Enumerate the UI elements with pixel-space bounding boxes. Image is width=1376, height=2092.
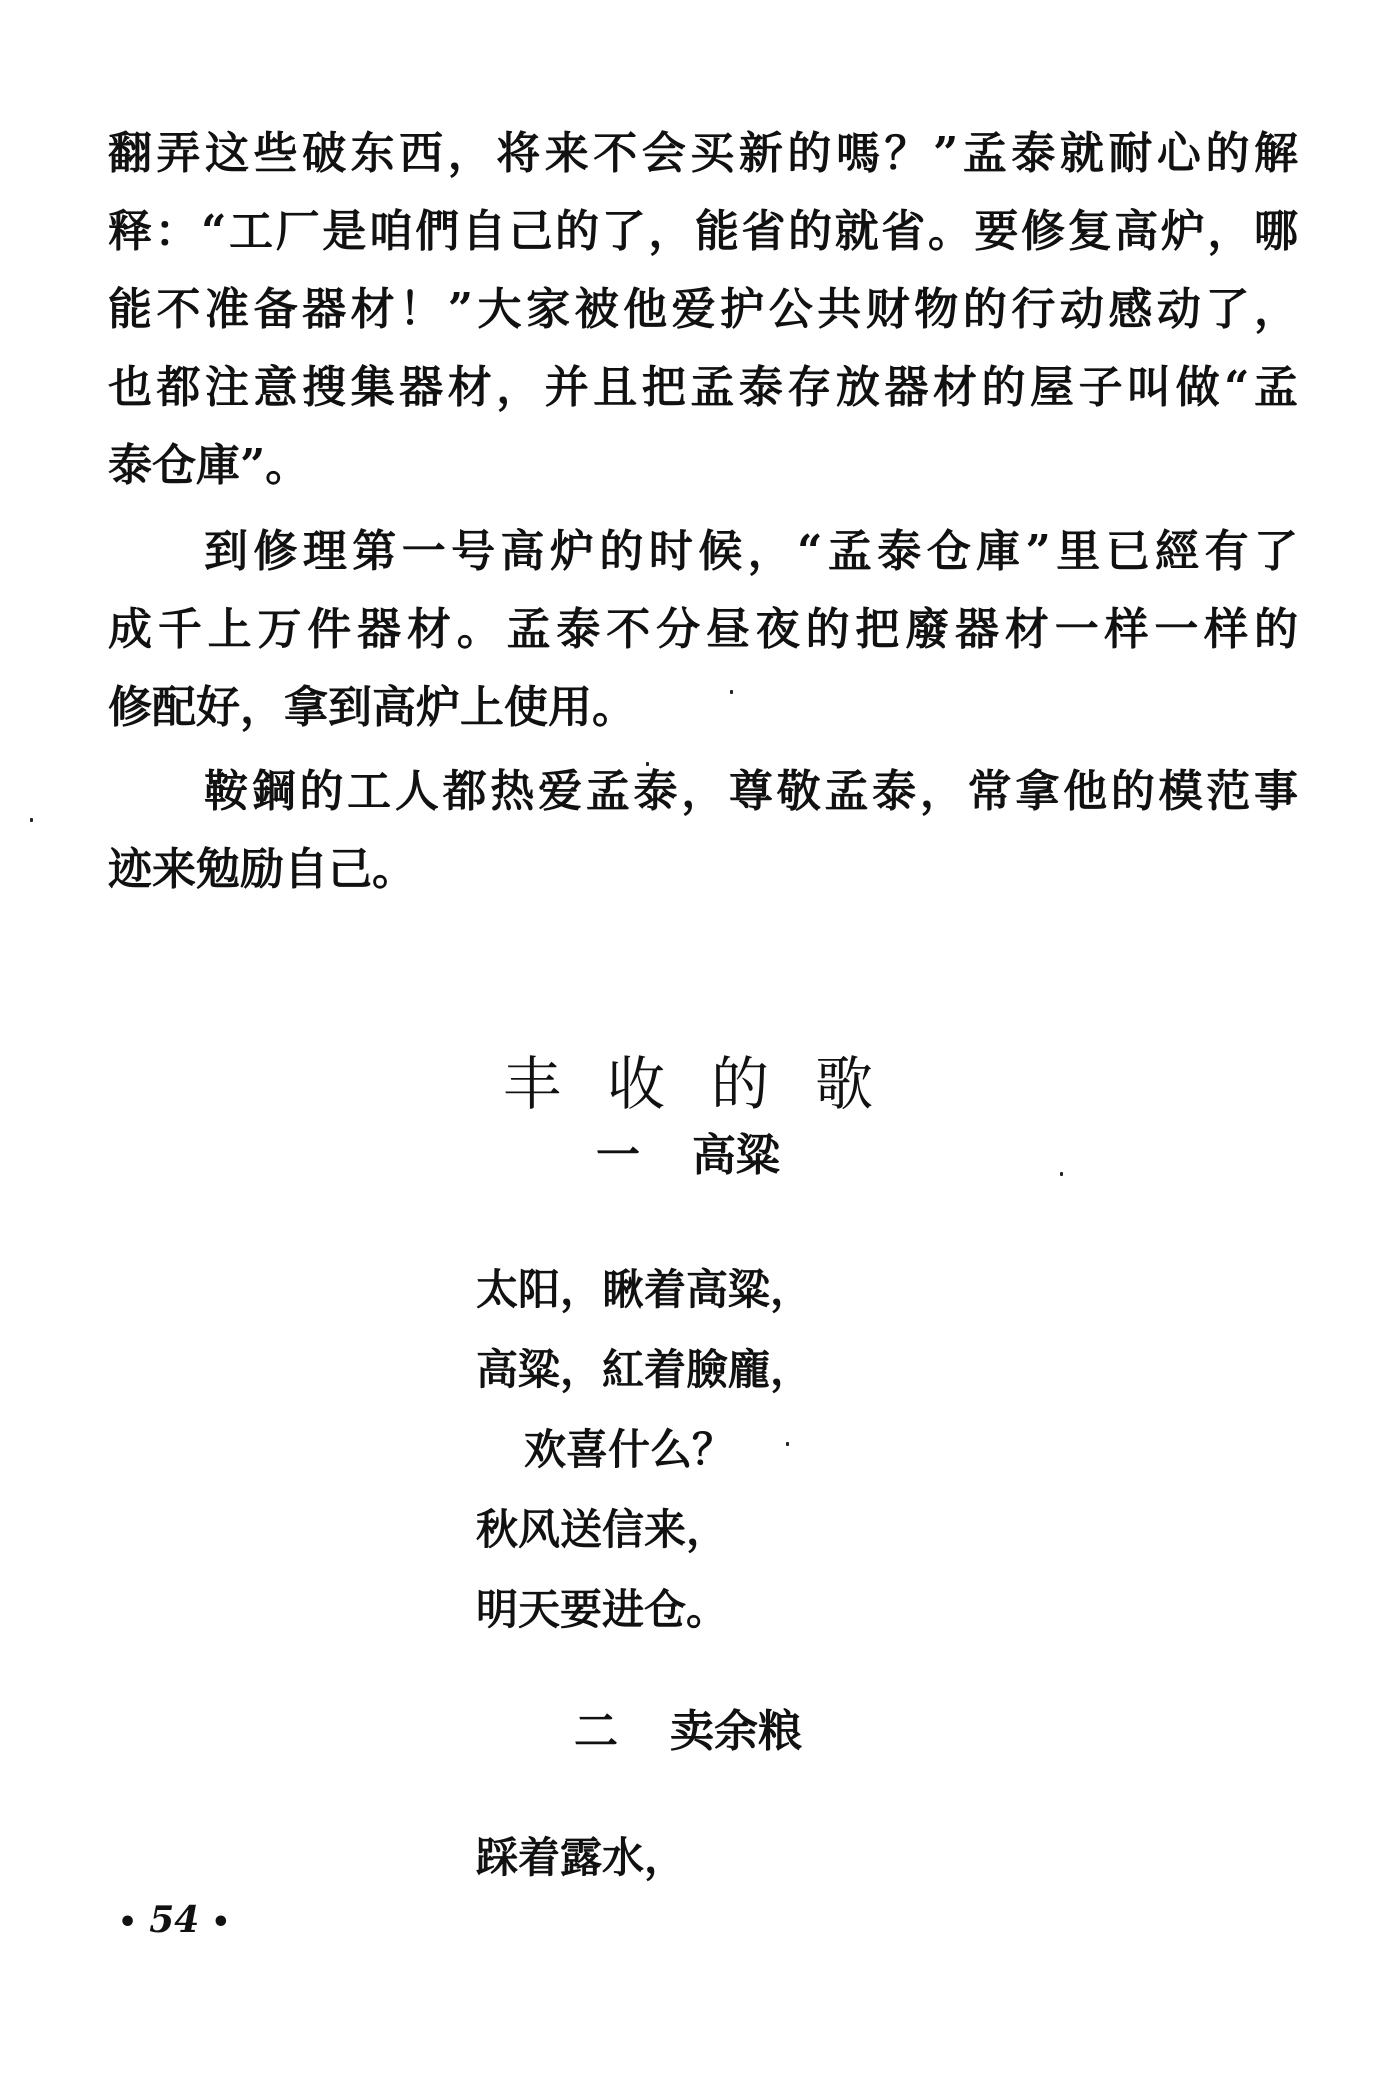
scan-speck	[646, 762, 649, 766]
poem-title: 丰收的歌	[0, 1046, 1376, 1122]
section-1-number: 一	[596, 1128, 640, 1184]
paragraph-1-line-4: 也都注意搜集器材，并且把孟泰存放器材的屋子叫做“孟	[108, 358, 1298, 418]
bullet-right-icon: •	[211, 1905, 230, 1940]
poem-line: 欢喜什么？	[524, 1422, 734, 1478]
section-2-heading: 二卖余粮	[0, 1704, 1376, 1760]
scan-speck	[30, 818, 33, 822]
section-1-title: 高粱	[692, 1130, 780, 1181]
paragraph-2-line-2: 成千上万件器材。孟泰不分昼夜的把廢器材一样一样的	[108, 600, 1298, 660]
paragraph-3-line-1: 鞍鋼的工人都热爱孟泰，尊敬孟泰，常拿他的模范事	[204, 762, 1298, 822]
paragraph-1-line-3: 能不准备器材！”大家被他爱护公共财物的行动感动了，	[108, 280, 1298, 340]
page-number: •54•	[106, 1898, 242, 1945]
poem-line: 秋风送信来，	[476, 1502, 728, 1558]
paragraph-2-line-1: 到修理第一号高炉的时候，“孟泰仓庫”里已經有了	[204, 522, 1298, 582]
poem-line: 太阳，瞅着高粱，	[476, 1262, 812, 1318]
book-page: 翻弄这些破东西，将来不会买新的嗎？”孟泰就耐心的解 释：“工厂是咱們自己的了，能…	[0, 0, 1376, 2092]
scan-speck	[1060, 1172, 1063, 1176]
poem-line: 高粱，紅着臉龐，	[476, 1342, 812, 1398]
poem-line: 明天要进仓。	[476, 1582, 728, 1638]
poem-line: 踩着露水，	[476, 1830, 686, 1886]
scan-speck	[786, 1442, 789, 1446]
section-2-title: 卖余粮	[670, 1706, 802, 1757]
section-2-number: 二	[574, 1704, 618, 1760]
paragraph-3-line-2: 迹来勉励自己。	[108, 840, 416, 900]
paragraph-2-line-3: 修配好，拿到高炉上使用。	[108, 678, 636, 738]
section-1-heading: 一高粱	[0, 1128, 1376, 1184]
paragraph-1-line-2: 释：“工厂是咱們自己的了，能省的就省。要修复高炉，哪	[108, 202, 1298, 262]
paragraph-1-line-1: 翻弄这些破东西，将来不会买新的嗎？”孟泰就耐心的解	[108, 124, 1298, 184]
scan-speck	[730, 690, 733, 694]
bullet-left-icon: •	[118, 1905, 137, 1940]
page-number-value: 54	[149, 1899, 199, 1941]
paragraph-1-line-5: 泰仓庫”。	[108, 436, 309, 496]
